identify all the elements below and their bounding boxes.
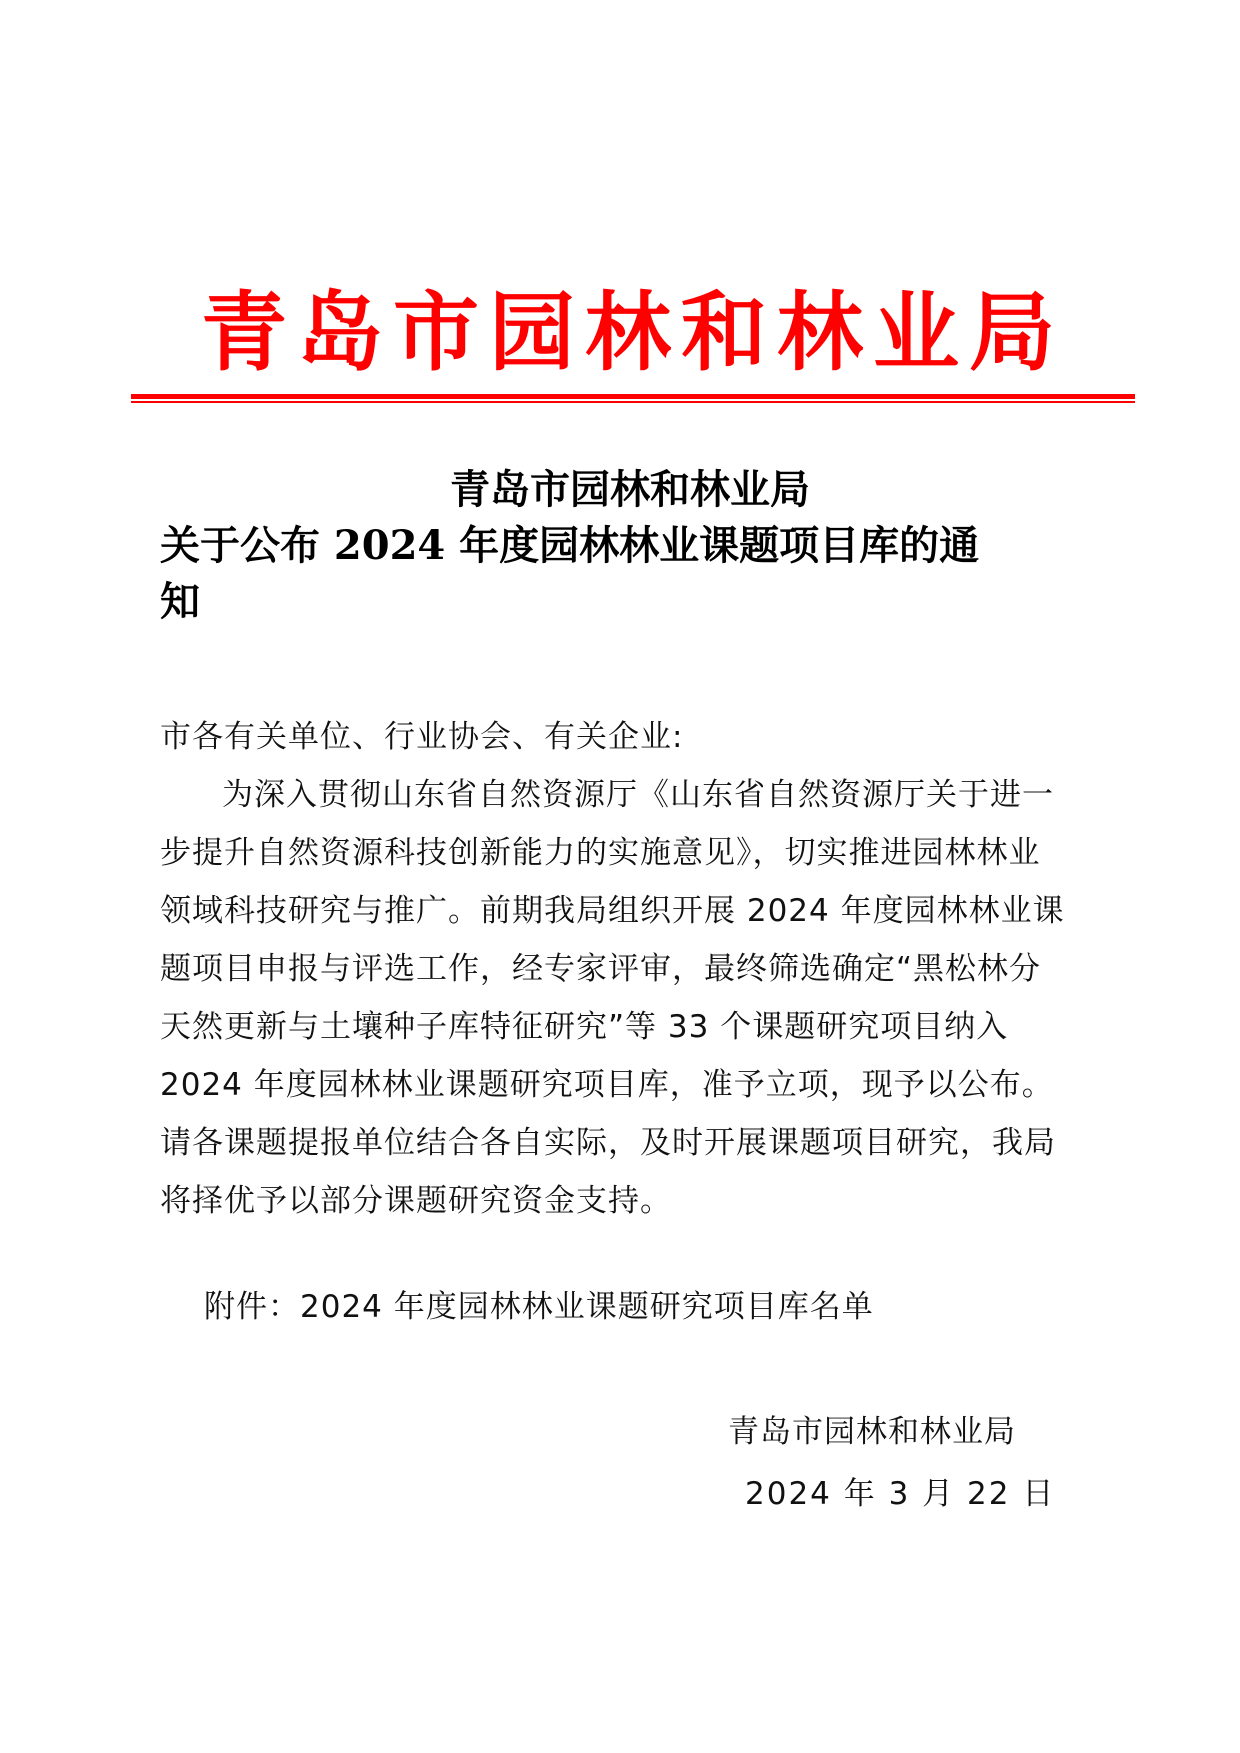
body-line: 题项目申报与评选工作，经专家评审，最终筛选确定“黑松林分 — [160, 940, 1090, 998]
body-line: 将择优予以部分课题研究资金支持。 — [160, 1172, 1090, 1230]
body-paragraph: 为深入贯彻山东省自然资源厅《山东省自然资源厅关于进一 步提升自然资源科技创新能力… — [160, 766, 1090, 1230]
title-line-1: 青岛市园林和林业局 — [160, 462, 1100, 518]
document-title: 青岛市园林和林业局 关于公布 2024 年度园林林业课题项目库的通 知 — [160, 462, 1100, 630]
red-masthead: 青岛市园林和林业局 — [131, 283, 1135, 383]
salutation: 市各有关单位、行业协会、有关企业: — [160, 708, 1090, 766]
signature-date: 2024 年 3 月 22 日 — [745, 1465, 1055, 1523]
masthead-rule-thin — [131, 401, 1135, 403]
document-page: 青岛市园林和林业局 青岛市园林和林业局 关于公布 2024 年度园林林业课题项目… — [0, 0, 1240, 1753]
title-line-2: 关于公布 2024 年度园林林业课题项目库的通 — [160, 518, 1100, 574]
body-line: 2024 年度园林林业课题研究项目库，准予立项，现予以公布。 — [160, 1056, 1090, 1114]
signature-org: 青岛市园林和林业局 — [728, 1403, 1016, 1461]
masthead-rule-thick — [131, 394, 1135, 399]
body-line: 步提升自然资源科技创新能力的实施意见》，切实推进园林林业 — [160, 824, 1090, 882]
title-line-3: 知 — [160, 574, 1100, 630]
attachment-note: 附件：2024 年度园林林业课题研究项目库名单 — [204, 1278, 874, 1336]
body-line: 请各课题提报单位结合各自实际，及时开展课题项目研究，我局 — [160, 1114, 1090, 1172]
body-line: 为深入贯彻山东省自然资源厅《山东省自然资源厅关于进一 — [160, 766, 1090, 824]
body-line: 天然更新与土壤种子库特征研究”等 33 个课题研究项目纳入 — [160, 998, 1090, 1056]
body-line: 领域科技研究与推广。前期我局组织开展 2024 年度园林林业课 — [160, 882, 1090, 940]
